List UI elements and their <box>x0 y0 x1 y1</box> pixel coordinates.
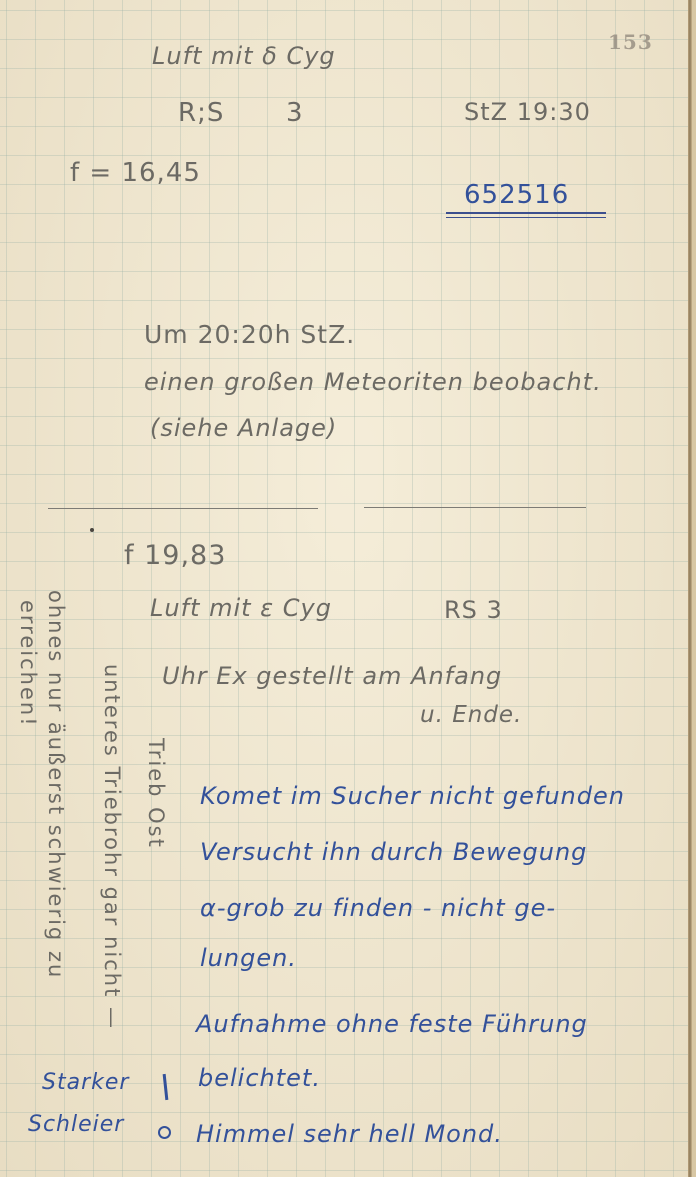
entry1-air-line: Luft mit δ Cyg <box>152 42 336 70</box>
ink-note-line-2: Versucht ihn durch Bewegung <box>200 838 587 866</box>
ink-note-line-4: lungen. <box>200 944 297 972</box>
ink-note-line-6: belichtet. <box>198 1064 321 1092</box>
entry1-rs-label: R;S <box>178 98 224 128</box>
exclamation-mark-bar <box>163 1074 169 1100</box>
margin-note-col-2: unteres Triebrohr gar nicht — <box>100 664 124 1030</box>
margin-ink-strong: Starker <box>42 1070 129 1095</box>
ink-note-line-5: Aufnahme ohne feste Führung <box>196 1010 588 1038</box>
margin-note-col-3: ohnes nur äußerst schwierig zu <box>44 590 68 979</box>
page-edge <box>692 0 696 1177</box>
entry2-clock-line-end: u. Ende. <box>420 702 522 728</box>
entry2-f-value: f 19,83 <box>124 540 226 571</box>
entry1-stz-time: StZ 19:30 <box>464 98 591 126</box>
ink-note-line-7: Himmel sehr hell Mond. <box>196 1120 503 1148</box>
separator-right <box>364 507 586 508</box>
ink-note-line-1: Komet im Sucher nicht gefunden <box>200 782 625 810</box>
entry2-air-line: Luft mit ε Cyg <box>150 594 332 622</box>
entry2-clock-line: Uhr Ex gestellt am Anfang <box>162 662 502 690</box>
entry1-rs-value: 3 <box>286 98 304 128</box>
page-number: 153 <box>608 30 653 54</box>
plate-number: 652516 <box>464 180 569 210</box>
notebook-page: 153 Luft mit δ Cyg R;S 3 StZ 19:30 f = 1… <box>0 0 696 1177</box>
ink-note-line-3: α-grob zu finden - nicht ge- <box>200 894 556 922</box>
plate-number-underline-2 <box>446 217 606 218</box>
separator-left <box>48 508 318 509</box>
meteor-note-see-attachment: (siehe Anlage) <box>150 414 337 442</box>
plate-number-underline-1 <box>446 212 606 214</box>
page-binding-line <box>688 0 692 1177</box>
meteor-note-time: Um 20:20h StZ. <box>144 320 355 349</box>
exclamation-mark-dot <box>158 1126 171 1139</box>
entry2-rs: RS 3 <box>444 596 503 624</box>
entry1-f-value: f = 16,45 <box>70 158 201 188</box>
margin-note-col-1: Trieb Ost <box>144 738 168 849</box>
meteor-note-observation: einen großen Meteoriten beobacht. <box>144 368 602 396</box>
margin-note-col-4: erreichen! <box>16 600 40 728</box>
pencil-dot <box>90 528 94 532</box>
margin-ink-fog: Schleier <box>28 1112 124 1137</box>
